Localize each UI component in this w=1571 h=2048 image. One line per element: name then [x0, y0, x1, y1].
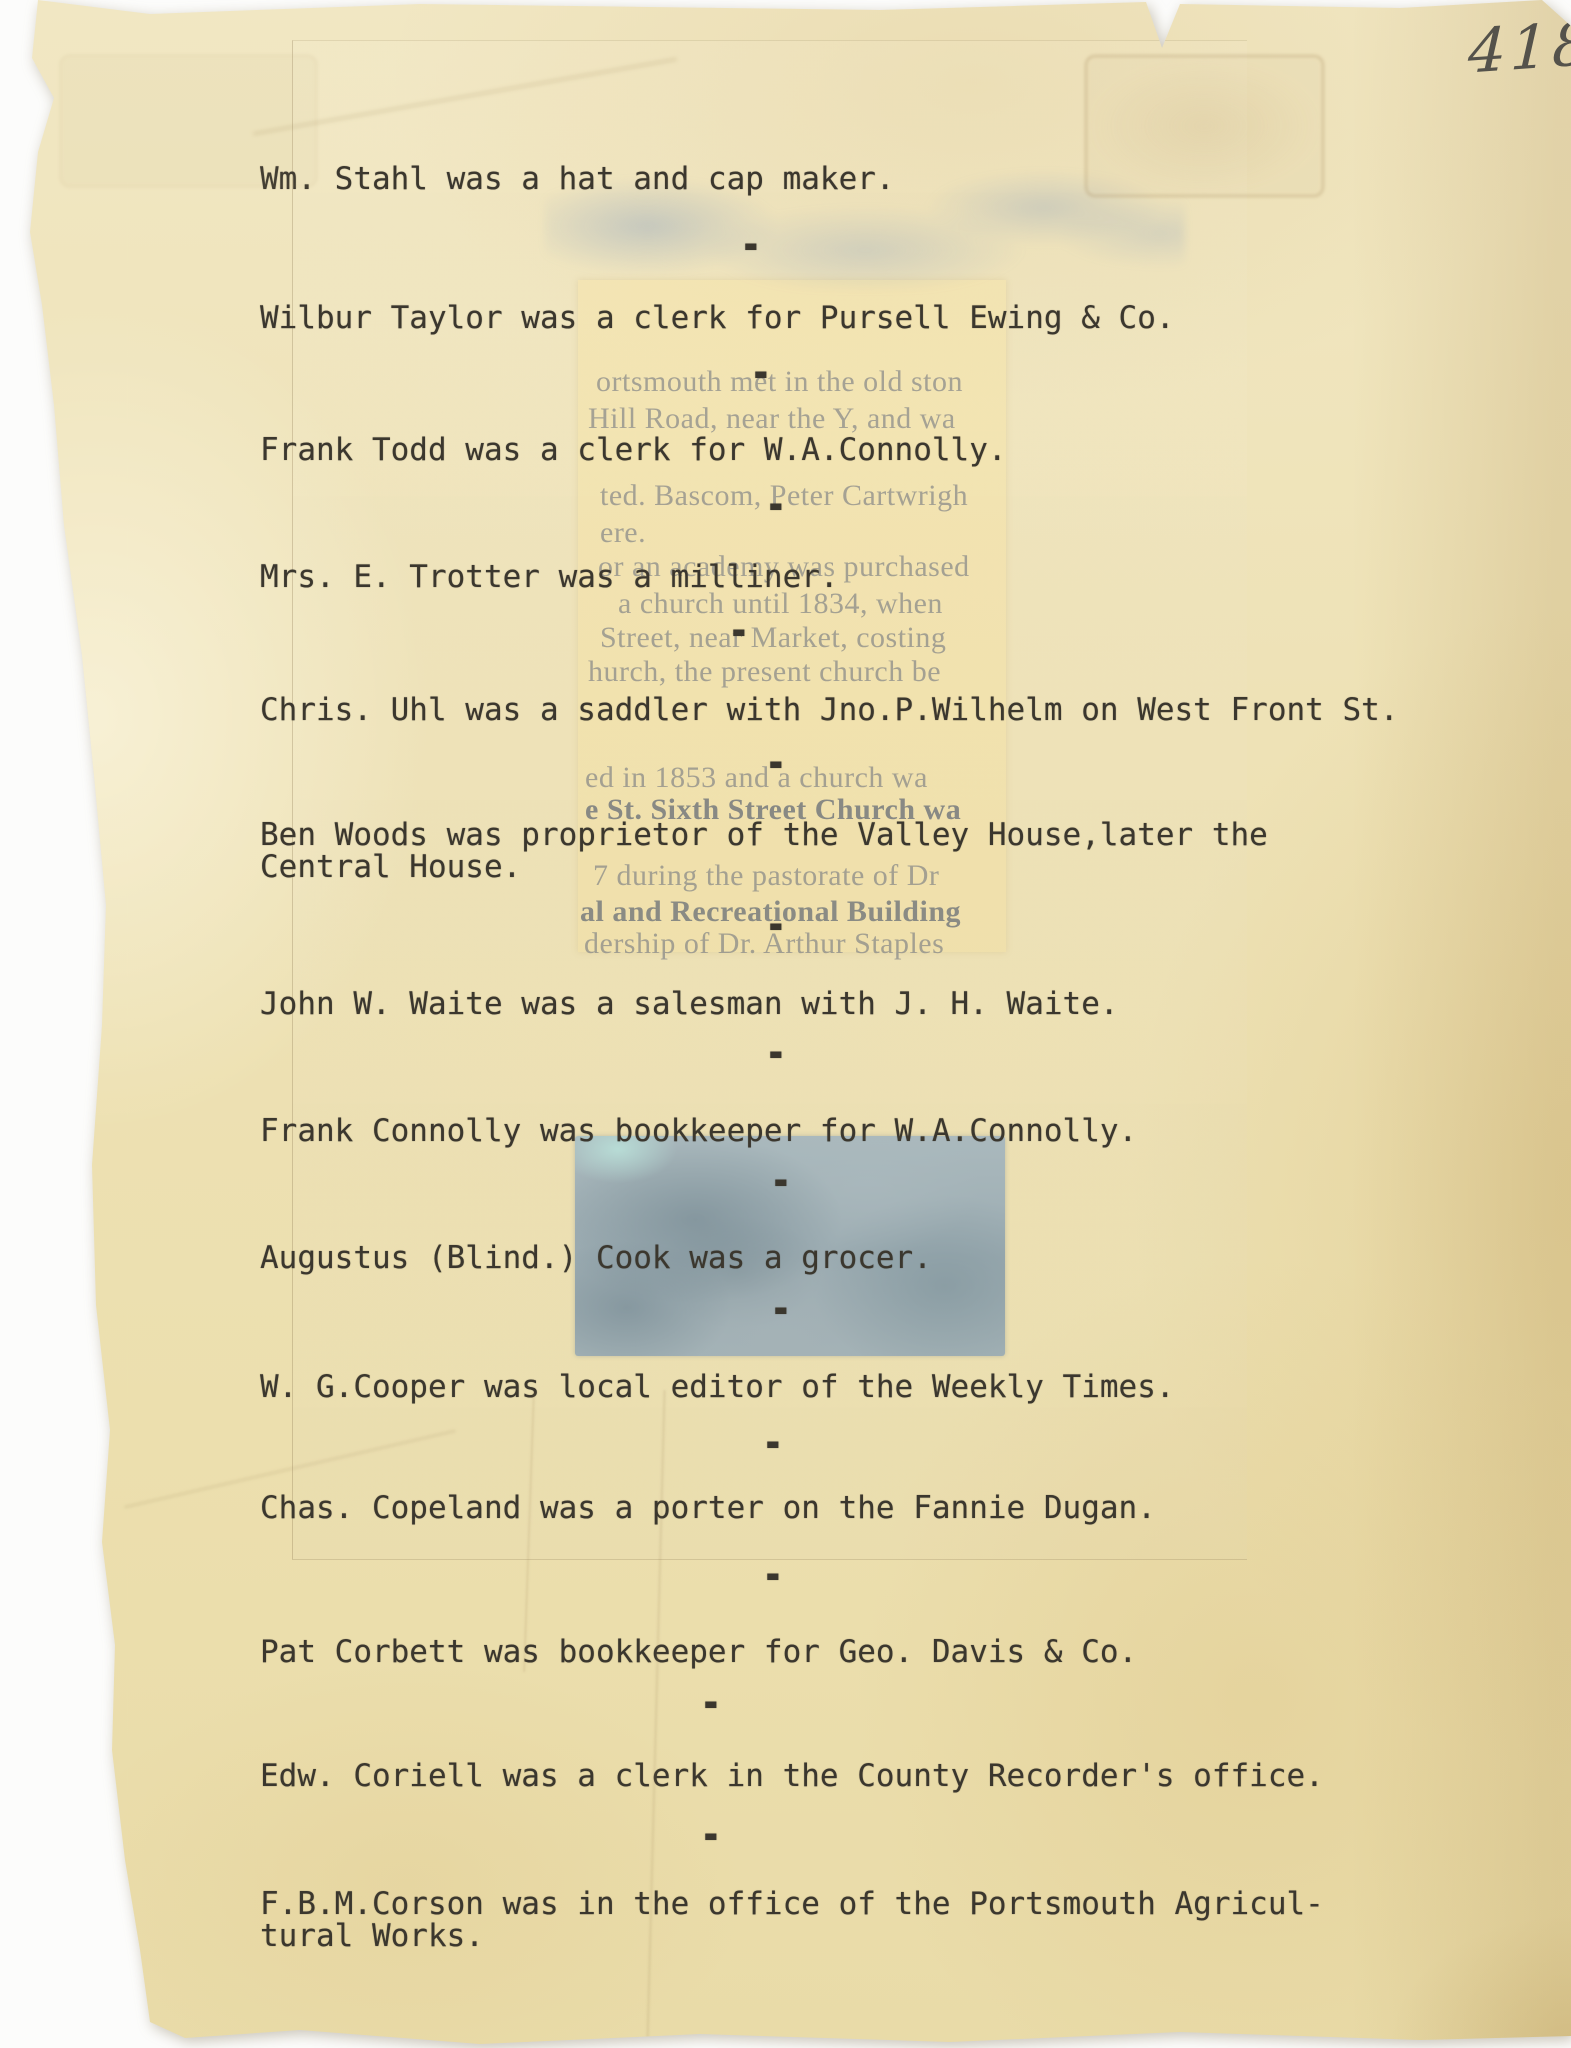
bleed-text-line: hurch, the present church be [588, 656, 941, 688]
typed-entry: Edw. Coriell was a clerk in the County R… [260, 1760, 1324, 1792]
bleed-text-line: ere. [600, 517, 646, 549]
entry-separator-dash: - [728, 610, 750, 655]
typed-entry: W. G.Cooper was local editor of the Week… [260, 1371, 1175, 1403]
entry-separator-dash: - [770, 1160, 792, 1205]
ghost-impression-rect-left [60, 55, 317, 187]
typed-entry: Wm. Stahl was a hat and cap maker. [260, 163, 895, 195]
document-paper: ortsmouth met in the old stonHill Road, … [0, 0, 1571, 2048]
typed-entry: Frank Connolly was bookkeeper for W.A.Co… [260, 1115, 1137, 1147]
entry-separator-dash: - [765, 904, 787, 949]
typed-entry: John W. Waite was a salesman with J. H. … [260, 988, 1119, 1020]
entry-separator-dash: - [765, 742, 787, 787]
paper-shadow-wrap: ortsmouth met in the old stonHill Road, … [0, 0, 1571, 2048]
typed-entry: Mrs. E. Trotter was a milliner. [260, 561, 839, 593]
entry-separator-dash: - [765, 484, 787, 529]
entry-separator-dash: - [770, 1288, 792, 1333]
typed-entry: Chas. Copeland was a porter on the Fanni… [260, 1492, 1156, 1524]
typed-entry: Chris. Uhl was a saddler with Jno.P.Wilh… [260, 694, 1398, 726]
bleed-text-line: Hill Road, near the Y, and wa [588, 403, 956, 435]
typed-entry: Wilbur Taylor was a clerk for Pursell Ew… [260, 302, 1175, 334]
entry-separator-dash: - [700, 1814, 722, 1859]
typed-entry: Augustus (Blind.) Cook was a grocer. [260, 1242, 932, 1274]
handwritten-page-number: 418 [1467, 11, 1571, 84]
bleed-text-line: ed in 1853 and a church wa [585, 762, 928, 794]
entry-separator-dash: - [762, 1554, 784, 1599]
typed-entry: Pat Corbett was bookkeeper for Geo. Davi… [260, 1636, 1137, 1668]
entry-separator-dash: - [765, 1032, 787, 1077]
typed-entry: F.B.M.Corson was in the office of the Po… [260, 1888, 1324, 1952]
entry-separator-dash: - [700, 1682, 722, 1727]
typed-entry: Ben Woods was proprietor of the Valley H… [260, 819, 1268, 883]
bleed-text-line: ortsmouth met in the old ston [596, 366, 963, 398]
corner-fold-shade [1300, 1850, 1571, 2048]
entry-separator-dash: - [750, 352, 772, 397]
entry-separator-dash: - [762, 1422, 784, 1467]
ghost-impression-rect [1085, 55, 1324, 197]
entry-separator-dash: - [740, 224, 762, 269]
bleed-text-line: Street, near Market, costing [600, 622, 946, 654]
typed-entry: Frank Todd was a clerk for W.A.Connolly. [260, 434, 1007, 466]
scanned-page: ortsmouth met in the old stonHill Road, … [0, 0, 1571, 2048]
